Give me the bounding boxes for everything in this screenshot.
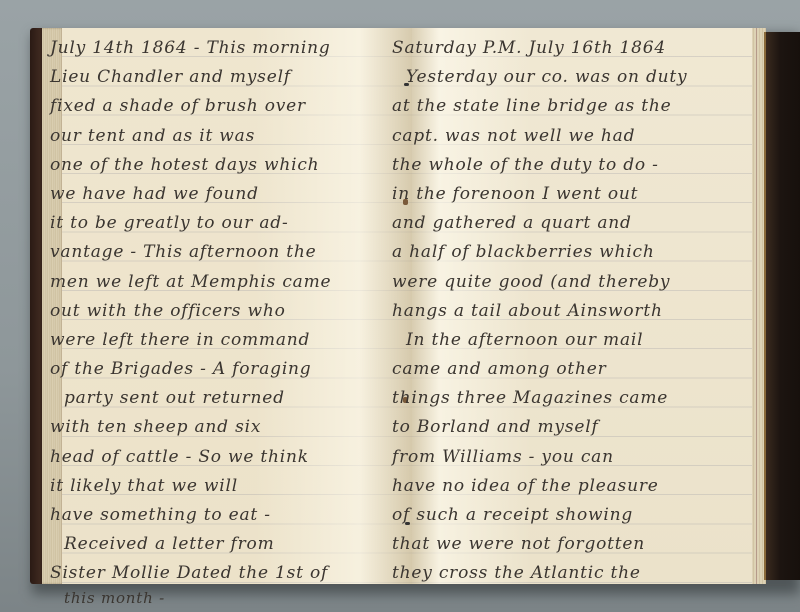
right-page-text: Saturday P.M. July 16th 1864 Yesterday o…	[392, 34, 722, 589]
text-line: party sent out returned	[50, 384, 370, 413]
text-line: Lieu Chandler and myself	[50, 63, 370, 92]
text-line: with ten sheep and six	[50, 413, 370, 442]
right-cover-binding	[764, 32, 800, 580]
text-line: things three Magazines came	[392, 384, 722, 413]
text-line: Yesterday our co. was on duty	[392, 63, 722, 92]
text-line: of such a receipt showing	[392, 501, 722, 530]
text-line: it likely that we will	[50, 472, 370, 501]
text-line: one of the hotest days which	[50, 151, 370, 180]
text-line: it to be greatly to our ad-	[50, 209, 370, 238]
text-line: of the Brigades - A foraging	[50, 355, 370, 384]
text-line: in the forenoon I went out	[392, 180, 722, 209]
text-line: this month -	[50, 589, 370, 607]
entry-date-heading: July 14th 1864 - This morning	[50, 34, 370, 63]
text-line: and gathered a quart and	[392, 209, 722, 238]
text-line: Sister Mollie Dated the 1st of	[50, 559, 370, 588]
text-line: from Williams - you can	[392, 443, 722, 472]
text-line: fixed a shade of brush over	[50, 92, 370, 121]
text-line: at the state line bridge as the	[392, 92, 722, 121]
text-line: the whole of the duty to do -	[392, 151, 722, 180]
text-line: out with the officers who	[50, 297, 370, 326]
text-line: Received a letter from	[50, 530, 370, 559]
text-line: to Borland and myself	[392, 413, 722, 442]
text-line: came and among other	[392, 355, 722, 384]
text-line: we have had we found	[50, 180, 370, 209]
text-line: were left there in command	[50, 326, 370, 355]
text-line: have no idea of the pleasure	[392, 472, 722, 501]
text-line: were quite good (and thereby	[392, 268, 722, 297]
left-page-text: July 14th 1864 - This morning Lieu Chand…	[50, 34, 370, 607]
text-line: vantage - This afternoon the	[50, 238, 370, 267]
text-line: capt. was not well we had	[392, 122, 722, 151]
text-line: that we were not forgotten	[392, 530, 722, 559]
text-line: In the afternoon our mail	[392, 326, 722, 355]
text-line: they cross the Atlantic the	[392, 559, 722, 588]
entry-date-heading: Saturday P.M. July 16th 1864	[392, 34, 722, 63]
text-line: a half of blackberries which	[392, 238, 722, 267]
text-line: men we left at Memphis came	[50, 268, 370, 297]
right-margin-line	[756, 28, 757, 584]
text-line: our tent and as it was	[50, 122, 370, 151]
text-line: have something to eat -	[50, 501, 370, 530]
text-line: hangs a tail about Ainsworth	[392, 297, 722, 326]
text-line: head of cattle - So we think	[50, 443, 370, 472]
